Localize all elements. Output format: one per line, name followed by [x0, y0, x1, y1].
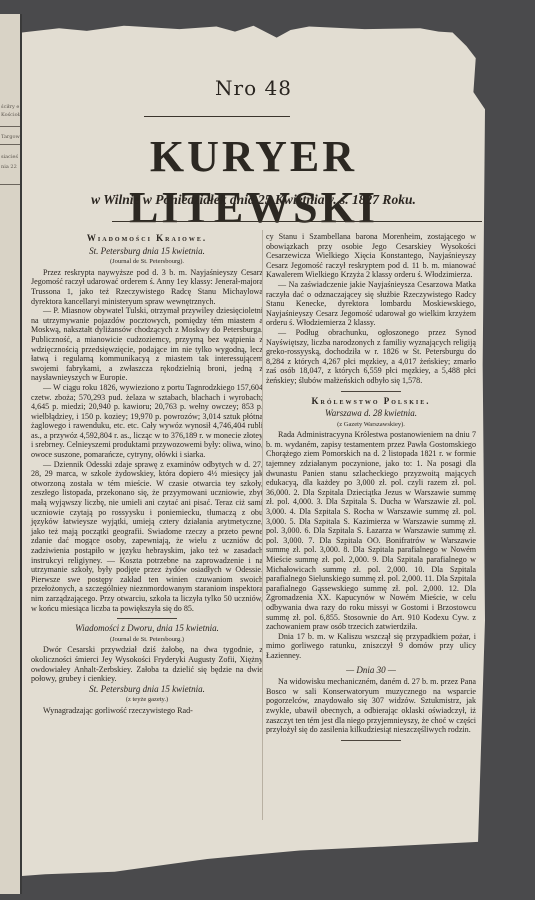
section-heading-domestic: Wiadomości Kraiowe.	[31, 234, 263, 244]
issue-number: Nro 48	[22, 76, 485, 100]
adjacent-rule	[0, 126, 20, 127]
header-rule	[112, 221, 482, 222]
court-news-dateline: Wiadomości z Dworu, dnia 15 kwietnia.	[31, 624, 263, 634]
adjacent-text: Kościoła	[1, 112, 22, 118]
section-heading-kingdom-of-poland: Królewstwo Polskie.	[266, 397, 476, 407]
adjacent-rule	[0, 144, 20, 145]
article-paragraph: — Dziennik Odesski zdaje sprawę z examin…	[31, 460, 263, 614]
left-column: Wiadomości Kraiowe. St. Petersburg dnia …	[31, 232, 263, 716]
article-paragraph: Dnia 17 b. m. w Kaliszu wszczął się przy…	[266, 632, 476, 661]
adjacent-text: Targow	[1, 134, 20, 140]
court-news-source: (Journal de St. Petersbourg.)	[31, 635, 263, 645]
newspaper-title: KURYER LITEWSKI	[22, 131, 485, 233]
article-paragraph: cy Stanu i Szambellana barona Morenheim,…	[266, 232, 476, 280]
masthead-rule	[144, 116, 290, 117]
article-dateline: Warszawa d. 28 kwietnia.	[266, 409, 476, 419]
article-dateline: St. Petersburg dnia 15 kwietnia.	[31, 685, 263, 695]
article-source: (z Gazety Warszawskiey).	[266, 420, 476, 430]
article-paragraph: — Podług obrachunku, ogłoszonego przez S…	[266, 328, 476, 386]
date-subheading: — Dnia 30 —	[266, 666, 476, 676]
section-separator	[341, 391, 401, 392]
section-separator	[117, 618, 177, 619]
adjacent-page-strip: ściłry e Kościoła Targow siacieś nia 22	[0, 14, 22, 894]
article-paragraph: Dwór Cesarski przywdział dziś żałobę, na…	[31, 645, 263, 683]
newspaper-page: Nro 48 KURYER LITEWSKI w Wilnie w Ponied…	[22, 24, 485, 876]
right-column: cy Stanu i Szambellana barona Morenheim,…	[266, 232, 476, 746]
article-paragraph: — W ciągu roku 1826, wywieziono z portu …	[31, 383, 263, 460]
article-paragraph: — Na zaświadczenie jakie Nayjaśnieysza C…	[266, 280, 476, 328]
column-divider	[262, 230, 263, 820]
article-dateline: St. Petersburg dnia 15 kwietnia.	[31, 247, 263, 257]
adjacent-rule	[0, 184, 20, 185]
article-paragraph: Rada Administracyyna Królestwa postanowi…	[266, 430, 476, 631]
article-paragraph: Na widowisku mechaniczném, daném d. 27 b…	[266, 677, 476, 735]
article-source: (Journal de St. Petersbourg).	[31, 257, 263, 267]
adjacent-text: siacieś	[1, 154, 18, 160]
article-paragraph: Przez reskrypta naywyższe pod d. 3 b. m.…	[31, 268, 263, 306]
adjacent-text: nia 22	[1, 164, 17, 170]
end-separator	[341, 740, 401, 741]
article-paragraph: Wynagradzając gorliwość rzeczywistego Ra…	[31, 706, 263, 716]
article-paragraph: — P. Miasnow obywatel Tulski, otrzymał p…	[31, 306, 263, 383]
adjacent-text: ściłry e	[1, 104, 19, 110]
article-source: (z teyże gazety.)	[31, 695, 263, 705]
masthead-dateline: w Wilnie w Poniedziałek dnia 25 Kwietnia…	[22, 192, 485, 208]
